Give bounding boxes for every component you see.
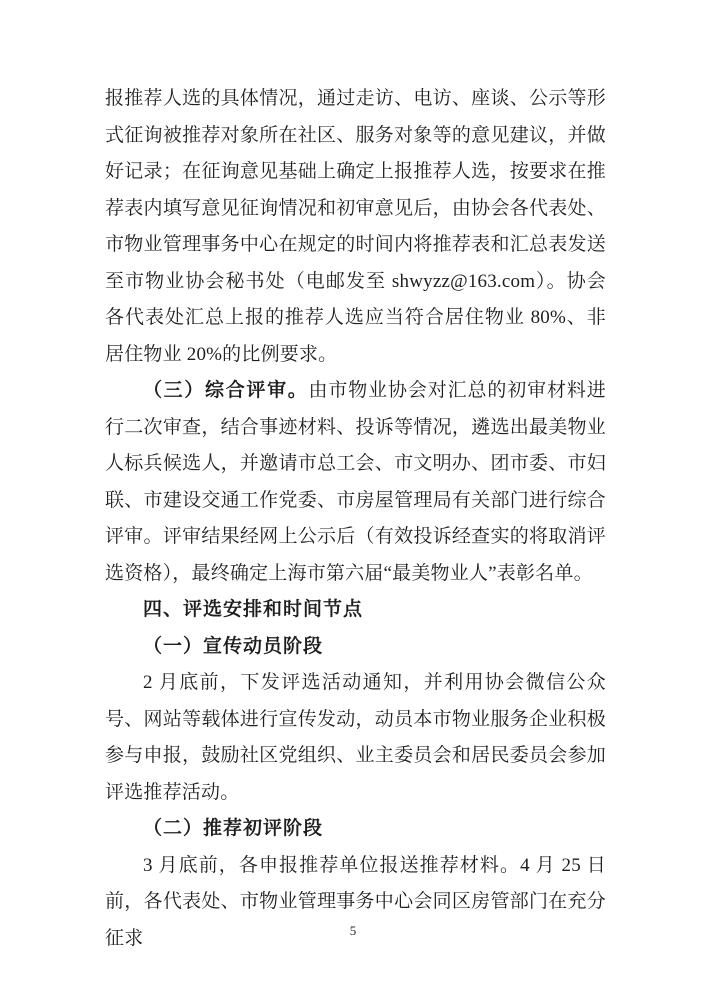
heading2: （二）推荐初评阶段 <box>105 811 606 848</box>
document-body: 报推荐人选的具体情况，通过走访、电访、座谈、公示等形式征询被推荐对象所在社区、服… <box>105 81 606 957</box>
paragraph: 2 月底前，下发评选活动通知，并利用协会微信公众号、网站等载体进行宣传发动，动员… <box>105 665 606 811</box>
paragraph: 报推荐人选的具体情况，通过走访、电访、座谈、公示等形式征询被推荐对象所在社区、服… <box>105 81 606 373</box>
paragraph: 3 月底前，各申报推荐单位报送推荐材料。4 月 25 日前，各代表处、市物业管理… <box>105 848 606 958</box>
page-number: 5 <box>0 922 706 940</box>
text-segment: 报推荐人选的具体情况，通过走访、电访、座谈、公示等形式征询被推荐对象所在社区、服… <box>105 88 606 365</box>
text-segment: 2 月底前，下发评选活动通知，并利用协会微信公众号、网站等载体进行宣传发动，动员… <box>105 672 606 803</box>
bold-text-segment: （一）宣传动员阶段 <box>143 636 323 657</box>
bold-text-segment: （三）综合评审。 <box>143 380 308 401</box>
bold-text-segment: 四、评选安排和时间节点 <box>143 599 363 620</box>
paragraph: （三）综合评审。由市物业协会对汇总的初审材料进行二次审查，结合事迹材料、投诉等情… <box>105 373 606 592</box>
bold-text-segment: （二）推荐初评阶段 <box>143 818 323 839</box>
text-segment: 由市物业协会对汇总的初审材料进行二次审查，结合事迹材料、投诉等情况，遴选出最美物… <box>105 380 606 584</box>
document-page: 报推荐人选的具体情况，通过走访、电访、座谈、公示等形式征询被推荐对象所在社区、服… <box>0 0 706 1000</box>
heading2: （一）宣传动员阶段 <box>105 629 606 666</box>
heading1: 四、评选安排和时间节点 <box>105 592 606 629</box>
